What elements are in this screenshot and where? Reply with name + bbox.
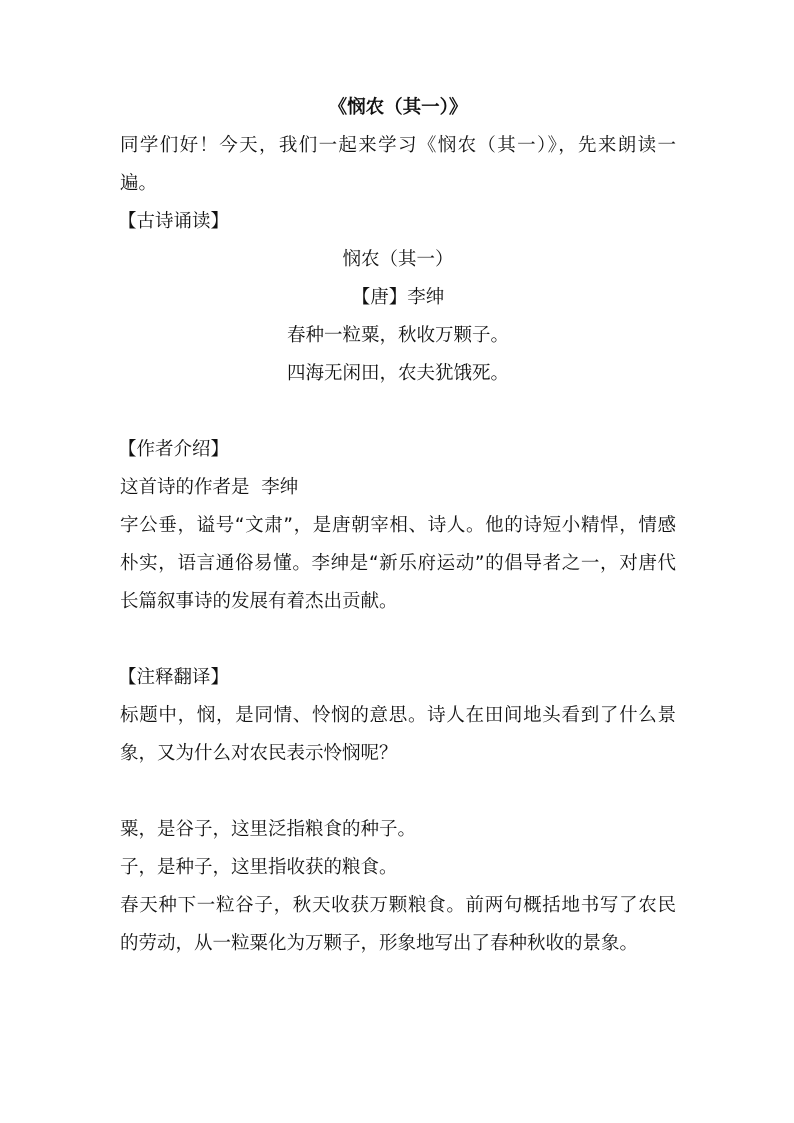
notes-para2-line-2: 的劳动，从一粒粟化为万颗子，形象地写出了春种秋收的景象。 [120, 925, 676, 963]
notes-para1-line-1: 标题中，悯，是同情、怜悯的意思。诗人在田间地头看到了什么景 [120, 697, 676, 735]
bio-line-3: 长篇叙事诗的发展有着杰出贡献。 [120, 583, 676, 621]
document-title: 《悯农（其一）》 [120, 89, 676, 127]
poem-line-1: 春种一粒粟，秋收万颗子。 [120, 317, 676, 355]
note-zi: 子，是种子，这里指收获的粮食。 [120, 849, 676, 887]
note-su: 粟，是谷子，这里泛指粮食的种子。 [120, 811, 676, 849]
bio-line-2: 朴实，语言通俗易懂。李绅是“新乐府运动”的倡导者之一，对唐代 [120, 545, 676, 583]
intro-line-2: 遍。 [120, 165, 676, 203]
section-heading-author: 【作者介绍】 [118, 431, 676, 469]
poem-line-2: 四海无闲田，农夫犹饿死。 [120, 355, 676, 393]
section-heading-notes: 【注释翻译】 [118, 659, 676, 697]
poem-author: 【唐】李绅 [120, 279, 676, 317]
author-line: 这首诗的作者是 李绅 [120, 469, 676, 507]
poem-title: 悯农（其一） [120, 241, 676, 279]
document-page: 《悯农（其一）》 同学们好！今天，我们一起来学习《悯农（其一）》，先来朗读一 遍… [120, 89, 676, 963]
intro-line-1: 同学们好！今天，我们一起来学习《悯农（其一）》，先来朗读一 [120, 127, 676, 165]
section-heading-recite: 【古诗诵读】 [118, 203, 676, 241]
spacer [120, 393, 676, 431]
bio-line-1: 字公垂，谥号“文肃”，是唐朝宰相、诗人。他的诗短小精悍，情感 [120, 507, 676, 545]
notes-para1-line-2: 象，又为什么对农民表示怜悯呢？ [120, 735, 676, 773]
notes-para2-line-1: 春天种下一粒谷子，秋天收获万颗粮食。前两句概括地书写了农民 [120, 887, 676, 925]
spacer [120, 621, 676, 659]
spacer [120, 773, 676, 811]
